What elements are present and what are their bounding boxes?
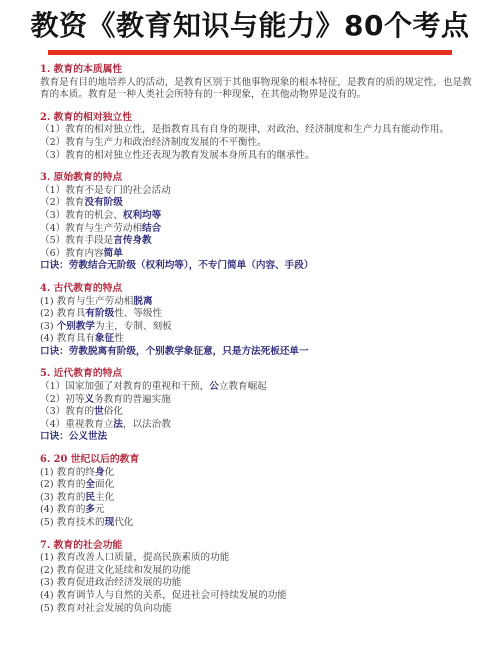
section-2: 2. 教育的相对独立性 （1）教育的相对独立性，是指教育具有自身的规律，对政治、… <box>40 112 480 162</box>
section-6: 6. 20 世纪以后的教育 (1) 教育的终身化 (2) 教育的全面化 (3) … <box>40 454 480 530</box>
section-3: 3. 原始教育的特点 （1）教育不是专门的社会活动 （2）教育没有阶级 （3）教… <box>40 172 480 273</box>
list-item: （6）教育内容简单 <box>40 248 480 261</box>
item-text: （4）教育与生产劳动相 <box>40 223 142 234</box>
section-heading: 3. 原始教育的特点 <box>40 172 480 185</box>
item-text: （1）国家加强了对教育的重视和干预， <box>40 381 209 392</box>
item-highlight: 结合 <box>142 223 161 234</box>
mnemonic: 口诀：公义世法 <box>40 431 480 444</box>
list-item: (3) 教育的民主化 <box>40 492 480 505</box>
item-highlight: 脱离 <box>133 296 152 307</box>
list-item: (1) 教育改善人口质量，提高民族素质的功能 <box>40 552 480 565</box>
item-text: （2）教育与生产力和政治经济制度发展的不平衡性。 <box>40 137 267 148</box>
list-item: （1）教育不是专门的社会活动 <box>40 185 480 198</box>
item-text: (2) 教育的 <box>40 479 85 490</box>
list-item: （5）教育手段是言传身教 <box>40 235 480 248</box>
list-item: (1) 教育与生产劳动相脱离 <box>40 296 480 309</box>
item-text: （6）教育内容 <box>40 248 104 259</box>
title-underline <box>48 50 452 55</box>
list-item: (4) 教育的多元 <box>40 504 480 517</box>
item-text: (2) 教育促进文化延续和发展的功能 <box>40 565 191 576</box>
item-text: （5）教育手段是 <box>40 235 113 246</box>
item-text: (5) 教育对社会发展的负向功能 <box>40 603 172 614</box>
list-item: （1）国家加强了对教育的重视和干预，公立教育崛起 <box>40 381 480 394</box>
item-text: 化 <box>105 467 115 478</box>
item-text: （4）重视教育立 <box>40 419 113 430</box>
item-text: (1) 教育的终 <box>40 467 95 478</box>
item-highlight: 言传身教 <box>113 235 151 246</box>
item-highlight: 法 <box>113 419 123 430</box>
list-item: （4）教育与生产劳动相结合 <box>40 223 480 236</box>
section-heading: 6. 20 世纪以后的教育 <box>40 454 480 467</box>
section-heading: 5. 近代教育的特点 <box>40 368 480 381</box>
list-item: (5) 教育对社会发展的负向功能 <box>40 603 480 616</box>
item-highlight: 民 <box>85 492 95 503</box>
item-highlight: 义 <box>84 394 94 405</box>
item-highlight: 公 <box>209 381 219 392</box>
list-item: (4) 教育调节人与自然的关系，促进社会可持续发展的功能 <box>40 590 480 603</box>
item-text: (1) 教育改善人口质量，提高民族素质的功能 <box>40 552 229 563</box>
item-text: （2）初等 <box>40 394 84 405</box>
section-heading: 7. 教育的社会功能 <box>40 540 480 553</box>
item-highlight: 多 <box>85 504 95 515</box>
item-text: ，以法治教 <box>123 419 171 430</box>
item-text: 性 <box>114 333 124 344</box>
item-text: 面化 <box>95 479 114 490</box>
item-highlight: 有阶级 <box>85 308 114 319</box>
list-item: （2）教育与生产力和政治经济制度发展的不平衡性。 <box>40 137 480 150</box>
list-item: (2) 教育具有阶级性、等级性 <box>40 308 480 321</box>
item-highlight: 世 <box>94 406 104 417</box>
item-highlight: 简单 <box>104 248 123 259</box>
list-item: （2）教育没有阶级 <box>40 197 480 210</box>
mnemonic: 口诀：劳教脱离有阶级，个别教学象征意，只是方法死板还单一 <box>40 346 480 359</box>
list-item: (1) 教育的终身化 <box>40 467 480 480</box>
item-text: （3）教育的 <box>40 406 94 417</box>
item-text: (5) 教育技术的 <box>40 517 105 528</box>
section-paragraph: 教育是有目的地培养人的活动，是教育区别于其他事物现象的根本特征，是教育的质的规定… <box>40 77 480 102</box>
item-text: （3）教育的相对独立性还表现为教育发展本身所具有的继承性。 <box>40 150 315 161</box>
item-highlight: 身 <box>95 467 105 478</box>
section-heading: 2. 教育的相对独立性 <box>40 112 480 125</box>
item-text: 务教育的普遍实施 <box>94 394 171 405</box>
list-item: (5) 教育技术的现代化 <box>40 517 480 530</box>
item-highlight: 全 <box>85 479 95 490</box>
item-highlight: 权利均等 <box>123 210 161 221</box>
list-item: (2) 教育的全面化 <box>40 479 480 492</box>
list-item: (3) 个别教学为主，专制、刻板 <box>40 321 480 334</box>
item-text: (1) 教育与生产劳动相 <box>40 296 133 307</box>
item-highlight: 象征 <box>95 333 114 344</box>
list-item: (4) 教育具有象征性 <box>40 333 480 346</box>
item-text: （1）教育的相对独立性，是指教育具有自身的规律，对政治、经济制度和生产力具有能动… <box>40 124 449 135</box>
item-highlight: 个别教学 <box>57 321 95 332</box>
list-item: （1）教育的相对独立性，是指教育具有自身的规律，对政治、经济制度和生产力具有能动… <box>40 124 480 137</box>
item-text: 主化 <box>95 492 114 503</box>
item-text: 性、等级性 <box>114 308 162 319</box>
section-heading: 1. 教育的本质属性 <box>40 64 480 77</box>
section-4: 4. 古代教育的特点 (1) 教育与生产劳动相脱离 (2) 教育具有阶级性、等级… <box>40 283 480 359</box>
item-text: (4) 教育的 <box>40 504 85 515</box>
item-text: (3) <box>40 321 57 332</box>
section-heading: 4. 古代教育的特点 <box>40 283 480 296</box>
list-item: (3) 教育促进政治经济发展的功能 <box>40 577 480 590</box>
item-text: 代化 <box>114 517 133 528</box>
page-title: 教资《教育知识与能力》80个考点 <box>0 8 500 44</box>
mnemonic: 口诀：劳教结合无阶级（权利均等），不专门简单（内容、手段） <box>40 260 480 273</box>
item-text: (3) 教育促进政治经济发展的功能 <box>40 577 181 588</box>
item-text: （3）教育的机会、 <box>40 210 123 221</box>
section-7: 7. 教育的社会功能 (1) 教育改善人口质量，提高民族素质的功能 (2) 教育… <box>40 540 480 616</box>
item-text: (2) 教育具 <box>40 308 85 319</box>
list-item: （3）教育的世俗化 <box>40 406 480 419</box>
list-item: （3）教育的机会、权利均等 <box>40 210 480 223</box>
item-highlight: 没有阶级 <box>84 197 122 208</box>
item-text: 俗化 <box>104 406 123 417</box>
list-item: （2）初等义务教育的普遍实施 <box>40 394 480 407</box>
item-text: 立教育崛起 <box>219 381 267 392</box>
list-item: （4）重视教育立法，以法治教 <box>40 419 480 432</box>
item-text: 为主，专制、刻板 <box>95 321 172 332</box>
item-highlight: 现 <box>105 517 115 528</box>
item-text: （1）教育不是专门的社会活动 <box>40 185 171 196</box>
list-item: （3）教育的相对独立性还表现为教育发展本身所具有的继承性。 <box>40 150 480 163</box>
list-item: (2) 教育促进文化延续和发展的功能 <box>40 565 480 578</box>
item-text: (4) 教育调节人与自然的关系，促进社会可持续发展的功能 <box>40 590 287 601</box>
item-text: 元 <box>95 504 105 515</box>
document-body: 1. 教育的本质属性 教育是有目的地培养人的活动，是教育区别于其他事物现象的根本… <box>40 64 480 625</box>
section-1: 1. 教育的本质属性 教育是有目的地培养人的活动，是教育区别于其他事物现象的根本… <box>40 64 480 102</box>
section-5: 5. 近代教育的特点 （1）国家加强了对教育的重视和干预，公立教育崛起 （2）初… <box>40 368 480 444</box>
item-text: (3) 教育的 <box>40 492 85 503</box>
item-text: （2）教育 <box>40 197 84 208</box>
item-text: (4) 教育具有 <box>40 333 95 344</box>
